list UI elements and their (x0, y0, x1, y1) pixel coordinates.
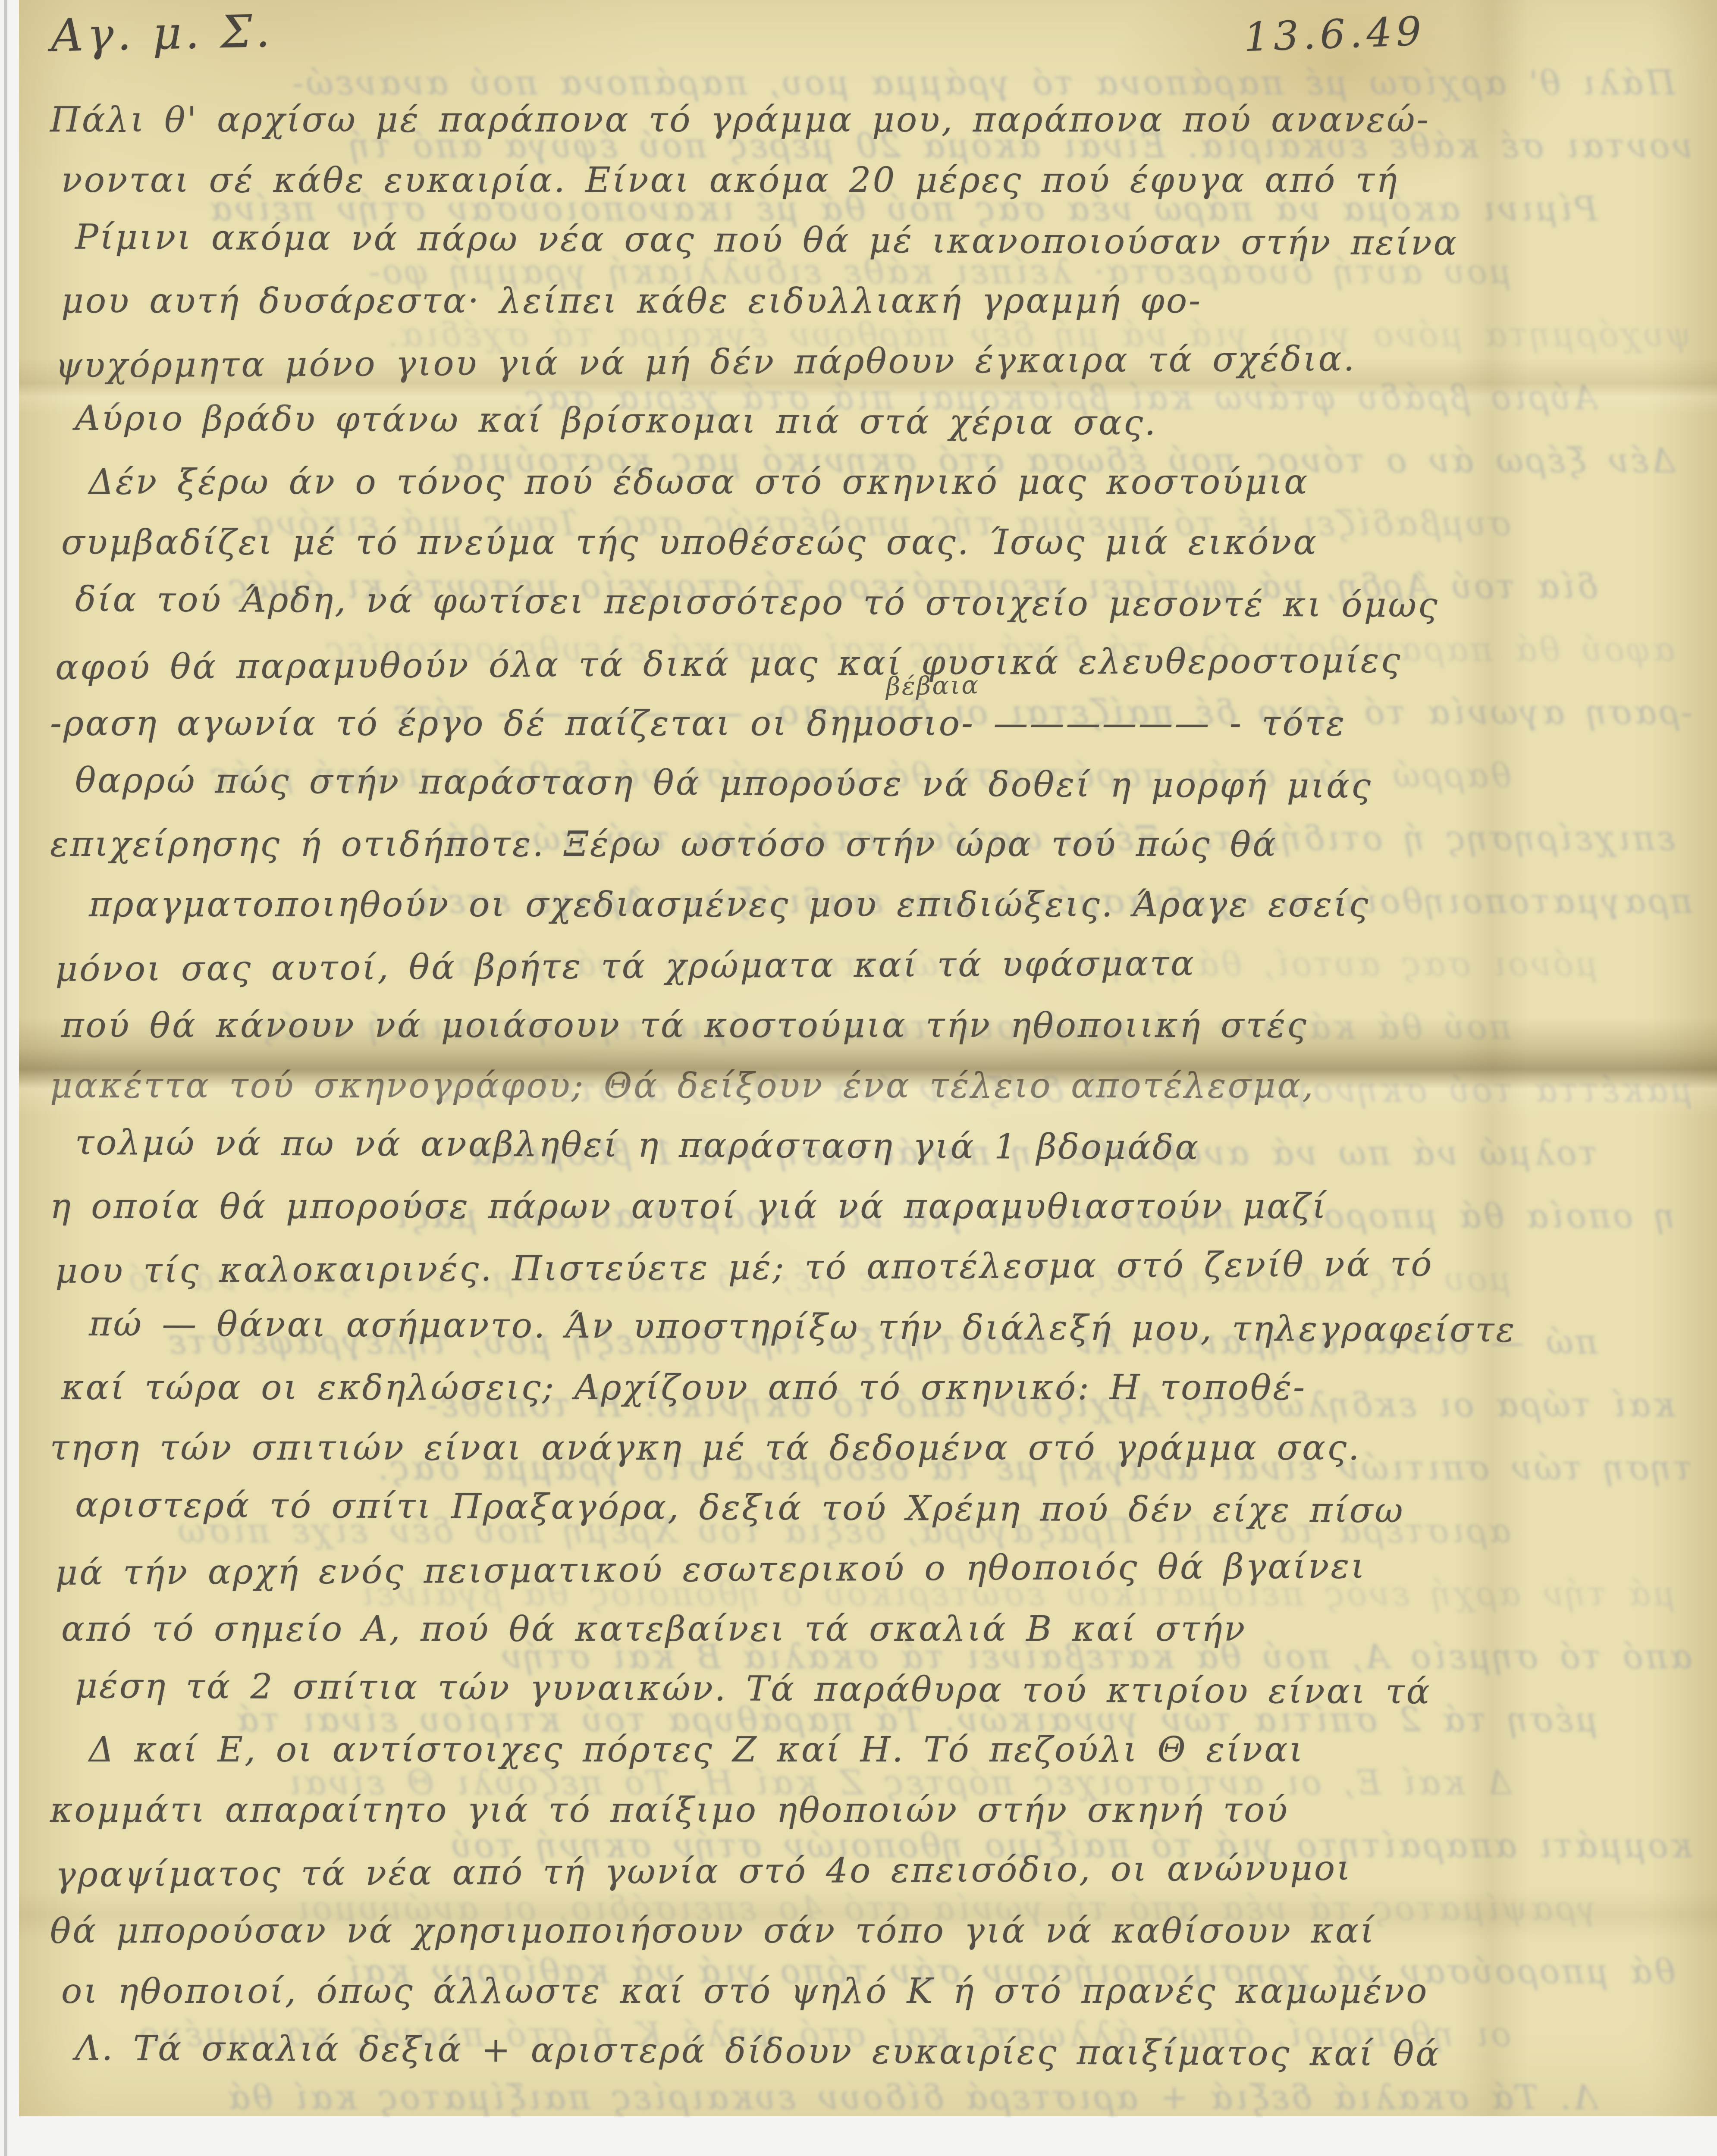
letter-line: επιχείρησης ή οτιδήποτε. Ξέρω ωστόσο στή… (50, 814, 1689, 874)
letter-line: η οποία θά μπορούσε πάρων αυτοί γιά νά π… (50, 1176, 1689, 1237)
inserted-word-above-line: βέβαια (885, 670, 979, 701)
letter-line: μακέττα τού σκηνογράφου; Θά δείξουν ένα … (50, 1056, 1689, 1116)
letter-line: μου αυτή δυσάρεστα· λείπει κάθε ειδυλλια… (61, 271, 1689, 331)
letter-line: Δέν ξέρω άν ο τόνος πού έδωσα στό σκηνικ… (89, 452, 1689, 512)
letter-line: μά τήν αρχή ενός πεισματικού εσωτερικού … (55, 1534, 1689, 1603)
letter-line: τολμώ νά πω νά αναβληθεί η παράσταση γιά… (75, 1112, 1689, 1180)
letter-line: αφού θά παραμυθούν όλα τά δικά μας καί φ… (55, 629, 1689, 698)
letter-paper: Πάλι θ' αρχίσω μέ παράπονα τό γράμμα μου… (19, 0, 1717, 2116)
letter-line: από τό σημείο Α, πού θά κατεβαίνει τά σκ… (61, 1599, 1689, 1659)
letter-line: συμβαδίζει μέ τό πνεύμα τής υποθέσεώς σα… (61, 512, 1689, 573)
letter-line: πώ — θάναι ασήμαντο. Άν υποστηρίξω τήν δ… (89, 1294, 1689, 1361)
letter-line: πραγματοποιηθούν οι σχεδιασμένες μου επι… (89, 874, 1689, 935)
letter-line: τηση τών σπιτιών είναι ανάγκη μέ τά δεδο… (50, 1418, 1689, 1478)
letter-body: Πάλι θ' αρχίσω μέ παράπονα τό γράμμα μου… (50, 90, 1689, 2082)
letter-line: γραψίματος τά νέα από τή γωνία στό 4ο επ… (55, 1836, 1689, 1905)
scanner-edge-line (4, 0, 7, 2156)
letter-line: κομμάτι απαραίτητο γιά τό παίξιμο ηθοποι… (50, 1780, 1689, 1840)
letter-line: Λ. Τά σκαλιά δεξιά + αριστερά δίδουν ευκ… (75, 2018, 1689, 2085)
letter-line: πού θά κάνουν νά μοιάσουν τά κοστούμια τ… (61, 995, 1689, 1056)
letter-date: 13.6.49 (1243, 8, 1426, 61)
letter-line: Πάλι θ' αρχίσω μέ παράπονα τό γράμμα μου… (50, 90, 1689, 150)
letter-line: νονται σέ κάθε ευκαιρία. Είναι ακόμα 20 … (61, 150, 1689, 210)
letter-line: μέση τά 2 σπίτια τών γυναικών. Τά παράθυ… (75, 1656, 1689, 1723)
letter-line: Δ καί Ε, οι αντίστοιχες πόρτες Ζ καί Η. … (89, 1720, 1689, 1780)
letter-line: Αύριο βράδυ φτάνω καί βρίσκομαι πιά στά … (75, 388, 1689, 455)
letter-line: -ραση αγωνία τό έργο δέ παίζεται οι δημο… (50, 693, 1689, 754)
letter-line: οι ηθοποιοί, όπως άλλωστε καί στό ψηλό Κ… (61, 1961, 1689, 2021)
letter-line: μου τίς καλοκαιρινές. Πιστεύετε μέ; τό α… (55, 1232, 1689, 1301)
salutation: Αγ. μ. Σ. (50, 5, 274, 62)
letter-line: θά μπορούσαν νά χρησιμοποιήσουν σάν τόπο… (50, 1901, 1689, 1961)
letter-line: Ρίμινι ακόμα νά πάρω νέα σας πού θά μέ ι… (75, 207, 1689, 274)
letter-line: ψυχόρμητα μόνο γιου γιά νά μή δέν πάρθου… (55, 327, 1689, 396)
letter-line: θαρρώ πώς στήν παράσταση θά μπορούσε νά … (75, 750, 1689, 818)
letter-line: μόνοι σας αυτοί, θά βρήτε τά χρώματα καί… (55, 931, 1689, 1000)
letter-line: καί τώρα οι εκδηλώσεις; Αρχίζουν από τό … (61, 1357, 1689, 1418)
letter-line: αριστερά τό σπίτι Πραξαγόρα, δεξιά τού Χ… (75, 1475, 1689, 1542)
letter-line: δία τού Άρδη, νά φωτίσει περισσότερο τό … (75, 569, 1689, 636)
scanned-letter-page: { "letter": { "salutation": "Αγ. μ. Σ.",… (0, 0, 1717, 2156)
